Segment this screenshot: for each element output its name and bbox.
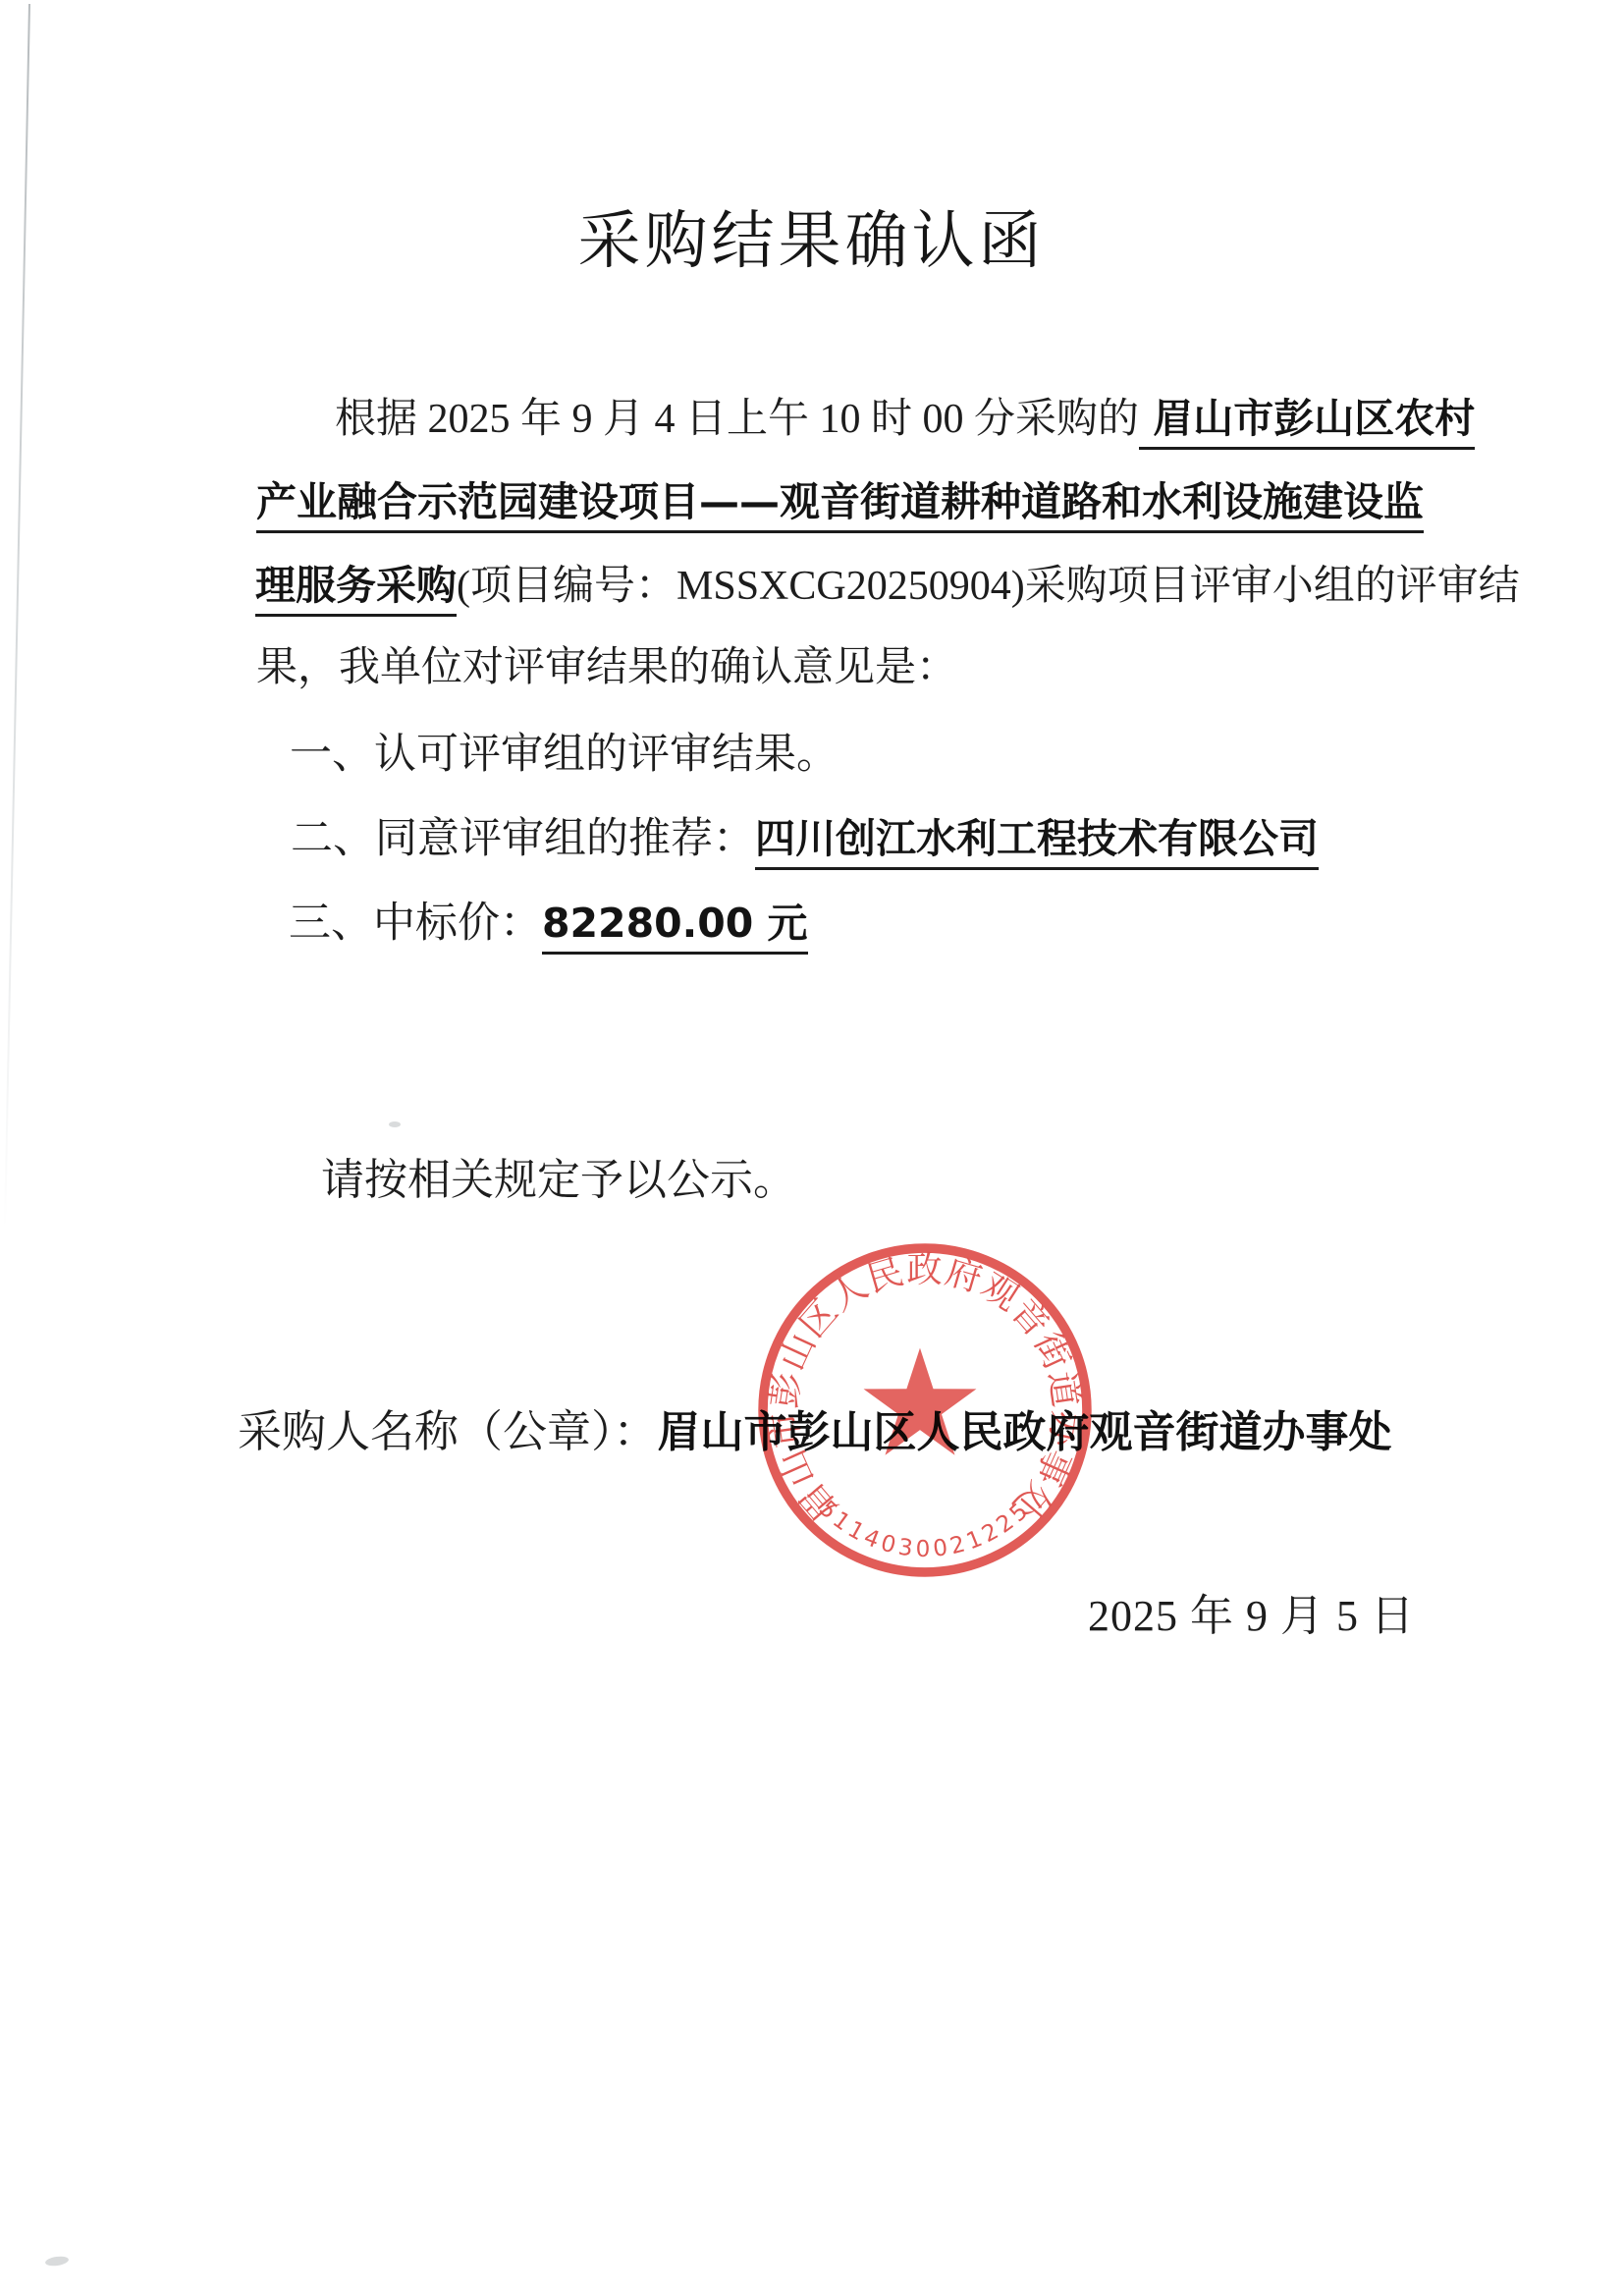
- document-title: 采购结果确认函: [0, 191, 1623, 281]
- list-item-2-text: 二、同意评审组的推荐：: [291, 816, 755, 862]
- star-icon: [864, 1348, 977, 1455]
- winning-bid-price: 82280.00 元: [542, 900, 808, 955]
- list-item-2: 二、同意评审组的推荐：四川创江水利工程技术有限公司: [291, 811, 1319, 867]
- winning-company-name: 四川创江水利工程技术有限公司: [755, 815, 1319, 870]
- list-item-3-text: 三、中标价：: [289, 901, 542, 947]
- paragraph-line-4-text: 果，我单位对评审结果的确认意见是：: [256, 645, 957, 690]
- notice-line: 请按相关规定予以公示。: [321, 1153, 796, 1208]
- list-item-3: 三、中标价：82280.00 元: [289, 896, 808, 952]
- list-item-1: 一、认可评审组的评审结果。: [290, 727, 839, 783]
- scan-edge-artifact: [4, 4, 30, 1230]
- list-item-1-text: 一、认可评审组的评审结果。: [290, 732, 839, 778]
- document-page: 采购结果确认函 根据 2025 年 9 月 4 日上午 10 时 00 分采购的…: [0, 0, 1623, 2296]
- official-seal-stamp: 眉山市彭山区人民政府观音街道办事处 5114030021225: [752, 1239, 1098, 1585]
- scan-speck: [44, 2255, 69, 2267]
- scan-speck: [389, 1121, 401, 1127]
- paragraph-line-2: 产业融合示范园建设项目——观音街道耕种道路和水利设施建设监: [256, 474, 1424, 530]
- paragraph-line-3: 理服务采购(项目编号：MSSXCG20250904)采购项目评审小组的评审结: [255, 558, 1520, 614]
- purchaser-label: 采购人名称（公章）：: [238, 1407, 658, 1456]
- project-name-part-2: 产业融合示范园建设项目——观音街道耕种道路和水利设施建设监: [256, 478, 1424, 533]
- project-name-part-1: 眉山市彭山区农村: [1139, 395, 1475, 450]
- paragraph-line-3-text: (项目编号：MSSXCG20250904)采购项目评审小组的评审结: [457, 564, 1520, 609]
- project-name-part-3: 理服务采购: [255, 562, 457, 617]
- date-line: 2025 年 9 月 5 日: [1088, 1589, 1415, 1644]
- paragraph-line-4: 果，我单位对评审结果的确认意见是：: [256, 640, 957, 695]
- paragraph-line-1-text: 根据 2025 年 9 月 4 日上午 10 时 00 分采购的: [335, 397, 1139, 442]
- date-text: 2025 年 9 月 5 日: [1088, 1592, 1415, 1640]
- notice-text: 请按相关规定予以公示。: [321, 1156, 796, 1204]
- paragraph-line-1: 根据 2025 年 9 月 4 日上午 10 时 00 分采购的 眉山市彭山区农…: [335, 391, 1475, 447]
